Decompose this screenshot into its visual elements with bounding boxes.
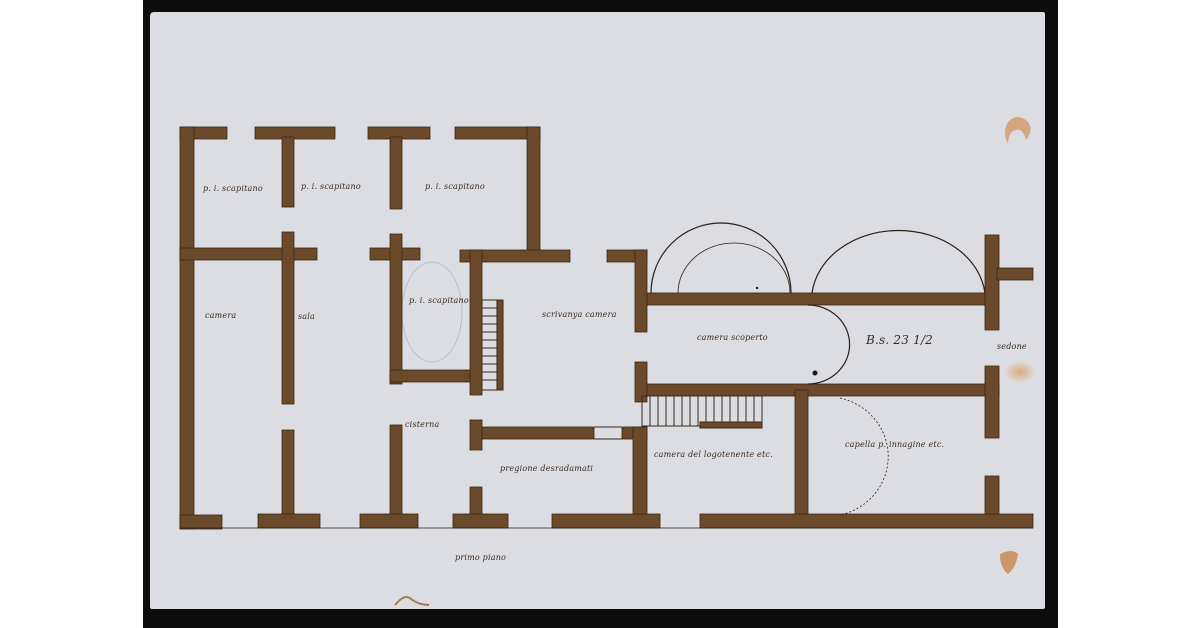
pencil-sketch	[402, 262, 462, 362]
room-label: camera del logotenente etc.	[654, 450, 773, 459]
arcs	[651, 223, 985, 515]
room-label: capella p. innagine etc.	[845, 440, 944, 449]
room-label: p. i. scapitano	[301, 182, 361, 191]
room-label: p. i. scapitano	[409, 296, 469, 305]
staircase-corridor	[642, 396, 762, 428]
plan-title: primo piano	[455, 553, 506, 562]
room-label: cisterna	[405, 420, 439, 429]
room-label: scrivanya camera	[542, 310, 617, 319]
room-label: camera scoperto	[697, 333, 768, 342]
stains	[395, 117, 1036, 605]
marker-dot	[813, 371, 818, 376]
room-label: sedone	[997, 342, 1027, 351]
room-label: sala	[298, 312, 315, 321]
dimension-note: B.s. 23 1/2	[866, 333, 933, 347]
room-label: p. i. scapitano	[425, 182, 485, 191]
staircase-left	[482, 300, 503, 390]
room-label: pregione desradamati	[500, 464, 593, 473]
room-label: p. i. scapitano	[203, 184, 263, 193]
room-label: camera	[205, 311, 236, 320]
